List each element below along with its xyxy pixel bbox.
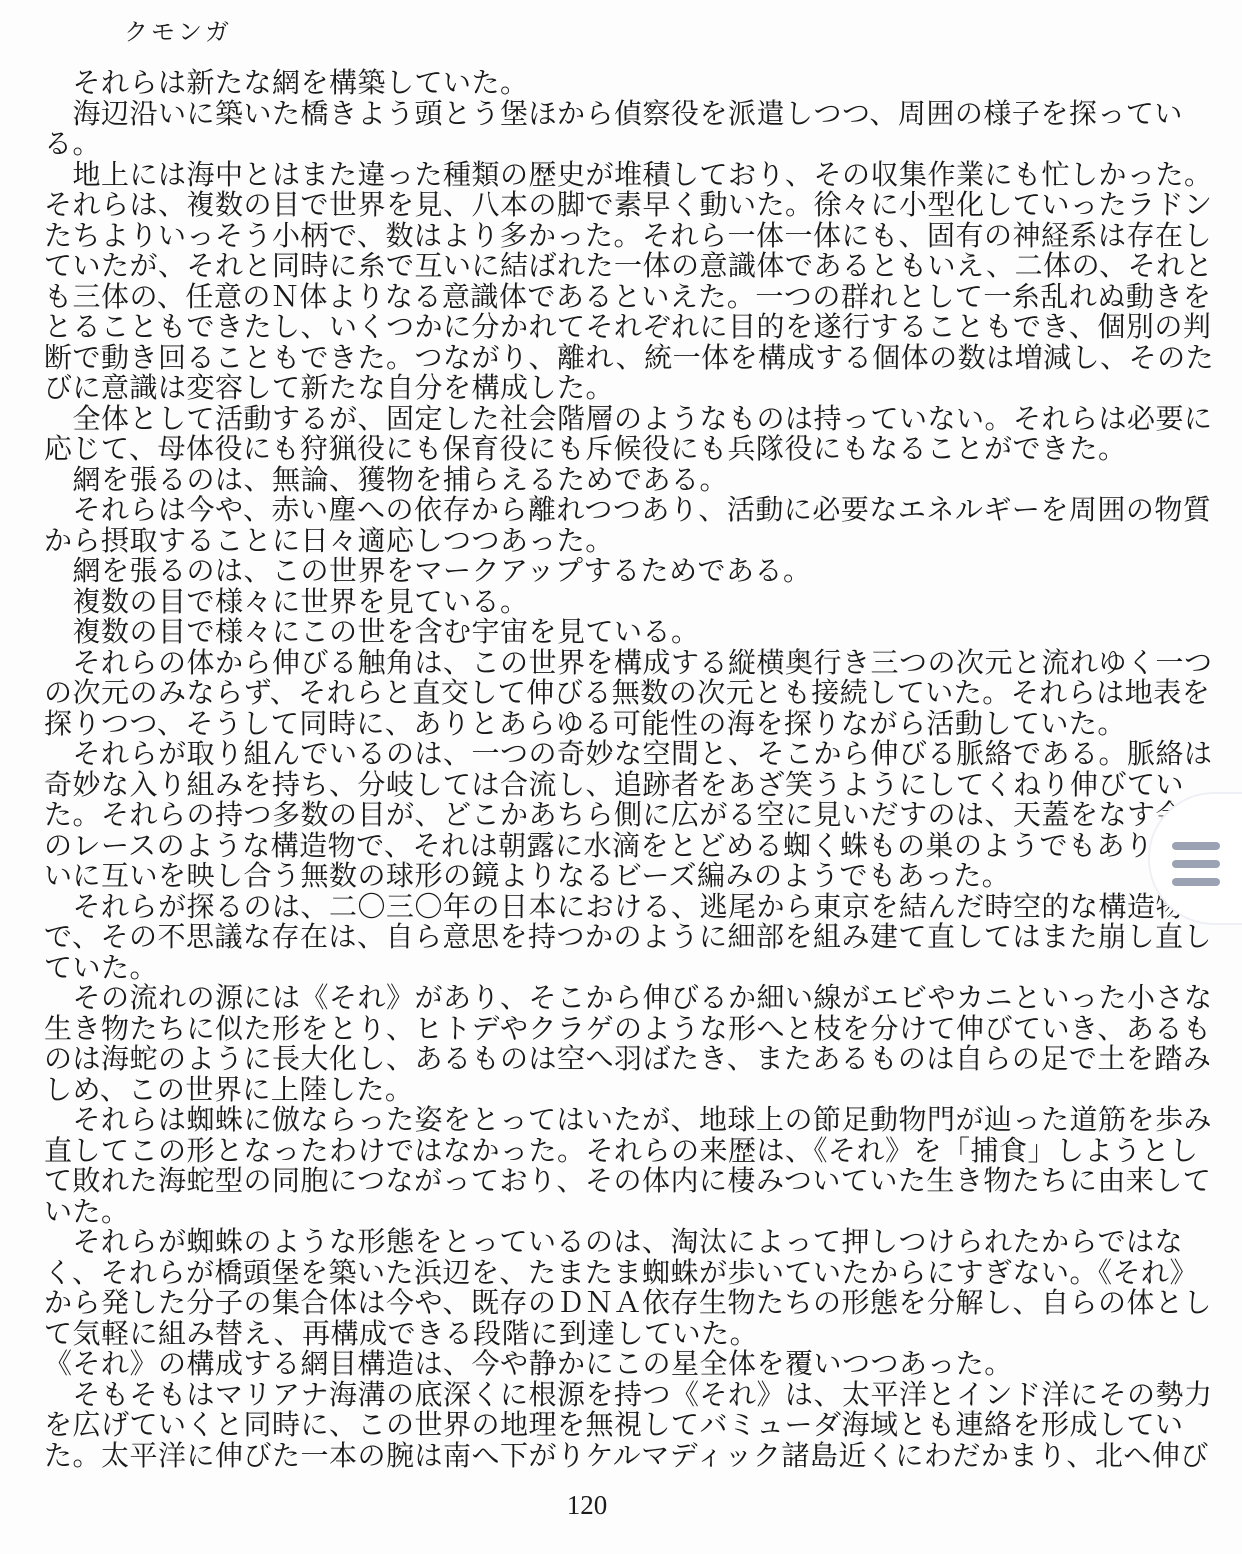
text-line: そもそもはマリアナ海溝の底深くに根源を持つ《それ》は、太平洋とインド洋にその勢力 (44, 1381, 1234, 1412)
text-line: 全体として活動するが、固定した社会階層のようなものは持っていない。それらは必要に (44, 405, 1234, 436)
text-line: 生き物たちに似た形をとり、ヒトデやクラゲのような形へと枝を分けて伸びていき、ある… (44, 1015, 1234, 1046)
text-line: それらの体から伸びる触角は、この世界を構成する縦横奥行き三つの次元と流れゆく一つ (44, 649, 1234, 680)
text-line: のレースのような構造物で、それは朝露に水滴をとどめる蜘く蛛もの巣のようでもあり、… (44, 832, 1234, 863)
text-line: の次元のみならず、それらと直交して伸びる無数の次元とも接続していた。それらは地表… (44, 679, 1234, 710)
text-line: 探りつつ、そうして同時に、ありとあらゆる可能性の海を探りながら活動していた。 (44, 710, 1234, 741)
text-line: 網を張るのは、この世界をマークアップするためである。 (44, 557, 1234, 588)
text-line: それらが蜘蛛のような形態をとっているのは、淘汰によって押しつけられたからではな (44, 1228, 1234, 1259)
text-line: 複数の目で様々に世界を見ている。 (44, 588, 1234, 619)
text-line: それらは蜘蛛に倣ならった姿をとってはいたが、地球上の節足動物門が辿った道筋を歩み (44, 1106, 1234, 1137)
text-line: 応じて、母体役にも狩猟役にも保育役にも斥候役にも兵隊役にもなることができた。 (44, 435, 1234, 466)
text-line: しめ、この世界に上陸した。 (44, 1076, 1234, 1107)
hamburger-bar (1172, 842, 1220, 850)
hamburger-bar (1172, 860, 1220, 868)
book-text-body: それらは新たな網を構築していた。 海辺沿いに築いた橋きよう頭とう堡ほから偵察役を… (44, 69, 1234, 1472)
text-line: のは海蛇のように長大化し、あるものは空へ羽ばたき、またあるものは自らの足で土を踏… (44, 1045, 1234, 1076)
text-line: 断で動き回ることもできた。つながり、離れ、統一体を構成する個体の数は増減し、その… (44, 344, 1234, 375)
text-line: 《それ》の構成する網目構造は、今や静かにこの星全体を覆いつつあった。 (44, 1350, 1234, 1381)
text-line: る。 (44, 130, 1234, 161)
text-line: いた。 (44, 1198, 1234, 1229)
text-line: から発した分子の集合体は今や、既存のＤＮＡ依存生物たちの形態を分解し、自らの体と… (44, 1289, 1234, 1320)
text-line: を広げていくと同時に、この世界の地理を無視してバミューダ海域とも連絡を形成してい (44, 1411, 1234, 1442)
text-line: 複数の目で様々にこの世を含む宇宙を見ている。 (44, 618, 1234, 649)
text-line: も三体の、任意のＮ体よりなる意識体であるといえた。一つの群れとして一糸乱れぬ動き… (44, 283, 1234, 314)
text-line: く、それらが橋頭堡を築いた浜辺を、たまたま蜘蛛が歩いていたからにすぎない。《それ… (44, 1259, 1234, 1290)
text-line: た。それらの持つ多数の目が、どこかあちら側に広がる空に見いだすのは、天蓋をなす金… (44, 801, 1234, 832)
text-line: 奇妙な入り組みを持ち、分岐しては合流し、追跡者をあざ笑うようにしてくねり伸びてい (44, 771, 1234, 802)
text-line: から摂取することに日々適応しつつあった。 (44, 527, 1234, 558)
text-line: それらが取り組んでいるのは、一つの奇妙な空間と、そこから伸びる脈絡である。脈絡は (44, 740, 1234, 771)
text-line: びに意識は変容して新たな自分を構成した。 (44, 374, 1234, 405)
text-line: 網を張るのは、無論、獲物を捕らえるためである。 (44, 466, 1234, 497)
text-line: それらが探るのは、二〇三〇年の日本における、逃尾から東京を結んだ時空的な構造物 (44, 893, 1234, 924)
text-line: とることもできたし、いくつかに分かれてそれぞれに目的を遂行することもでき、個別の… (44, 313, 1234, 344)
text-line: で、その不思議な存在は、自ら意思を持つかのように細部を組み建て直してはまた崩し直… (44, 923, 1234, 954)
text-line: それらは新たな網を構築していた。 (44, 69, 1234, 100)
hamburger-bar (1172, 878, 1220, 886)
text-line: それらは、複数の目で世界を見、八本の脚で素早く動いた。徐々に小型化していったラド… (44, 191, 1234, 222)
chapter-header: クモンガ (124, 12, 232, 47)
text-line: いに互いを映し合う無数の球形の鏡よりなるビーズ編みのようでもあった。 (44, 862, 1234, 893)
text-line: その流れの源には《それ》があり、そこから伸びるか細い線がエビやカニといった小さな (44, 984, 1234, 1015)
text-line: て気軽に組み替え、再構成できる段階に到達していた。 (44, 1320, 1234, 1351)
text-line: ていた。 (44, 954, 1234, 985)
text-line: それらは今や、赤い塵への依存から離れつつあり、活動に必要なエネルギーを周囲の物質 (44, 496, 1234, 527)
text-line: て敗れた海蛇型の同胞につながっており、その体内に棲みついていた生き物たちに由来し… (44, 1167, 1234, 1198)
text-line: 海辺沿いに築いた橋きよう頭とう堡ほから偵察役を派遣しつつ、周囲の様子を探ってい (44, 100, 1234, 131)
text-line: たちよりいっそう小柄で、数はより多かった。それら一体一体にも、固有の神経系は存在… (44, 222, 1234, 253)
text-line: 地上には海中とはまた違った種類の歴史が堆積しており、その収集作業にも忙しかった。 (44, 161, 1234, 192)
hamburger-menu-icon[interactable] (1172, 842, 1220, 886)
text-line: 直してこの形となったわけではなかった。それらの来歴は、《それ》を「捕食」しようと… (44, 1137, 1234, 1168)
text-line: ていたが、それと同時に糸で互いに結ばれた一体の意識体であるともいえ、二体の、それ… (44, 252, 1234, 283)
text-line: た。太平洋に伸びた一本の腕は南へ下がりケルマディック諸島近くにわだかまり、北へ伸… (44, 1442, 1234, 1473)
page-number: 120 (0, 1490, 1174, 1521)
